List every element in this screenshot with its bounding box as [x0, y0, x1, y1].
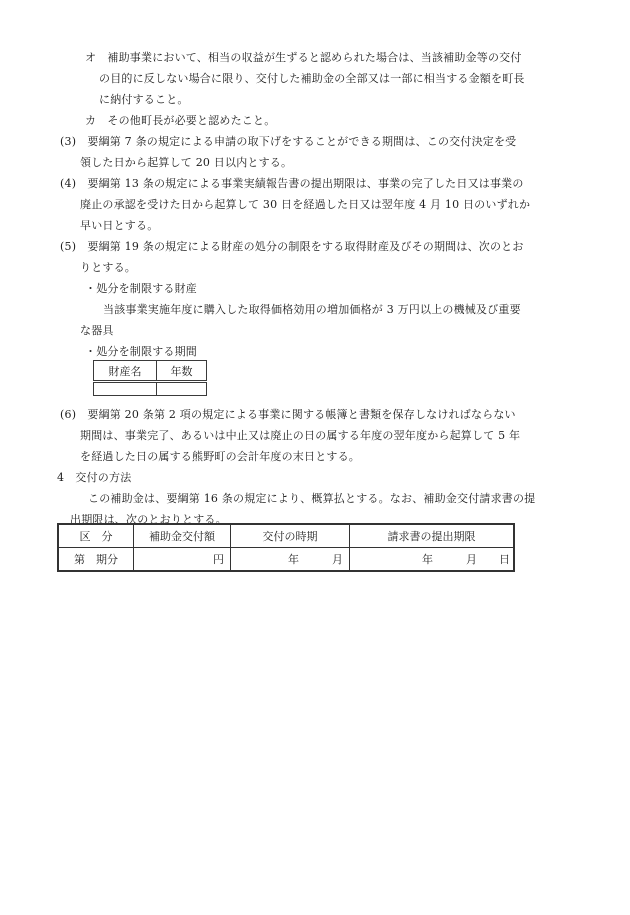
- text-line-clause3-1: (3) 要綱第 7 条の規定による申請の取下げをすることができる期間は、この交付…: [60, 134, 516, 149]
- text-line-clause4-1: (4) 要綱第 13 条の規定による事業実績報告書の提出期限は、事業の完了した日…: [60, 176, 524, 191]
- payment-table-header-timing: 交付の時期: [231, 524, 350, 548]
- property-table-cell-name: [94, 382, 157, 396]
- text-line-property-desc-2: な器具: [80, 323, 114, 338]
- property-table-header-row: 財産名 年数: [94, 361, 207, 382]
- text-line-clause6-2: 期間は、事業完了、あるいは中止又は廃止の日の属する年度の翌年度から起算して 5 …: [80, 428, 520, 443]
- text-line-clause4-3: 早い日とする。: [80, 218, 158, 233]
- text-line-item-o-3: に納付すること。: [99, 92, 189, 107]
- heading-section4: 4 交付の方法: [57, 470, 131, 485]
- property-table-header-years: 年数: [157, 361, 207, 382]
- text-line-clause6-1: (6) 要綱第 20 条第 2 項の規定による事業に関する帳簿と書類を保存しなけ…: [60, 407, 516, 422]
- text-line-item-o-1: オ 補助事業において、相当の収益が生ずると認められた場合は、当該補助金等の交付: [85, 50, 522, 65]
- property-restriction-table: 財産名 年数: [93, 360, 207, 396]
- text-line-item-ka: カ その他町長が必要と認めたこと。: [85, 113, 275, 128]
- payment-table-cell-amount: 円: [134, 548, 231, 572]
- text-line-clause5-1: (5) 要綱第 19 条の規定による財産の処分の制限をする取得財産及びその期間は…: [60, 239, 524, 254]
- text-line-payment-1: この補助金は、要綱第 16 条の規定により、概算払とする。なお、補助金交付請求書…: [88, 491, 535, 506]
- document-page: オ 補助事業において、相当の収益が生ずると認められた場合は、当該補助金等の交付 …: [0, 0, 630, 915]
- text-line-clause4-2: 廃止の承認を受けた日から起算して 30 日を経過した日又は翌年度 4 月 10 …: [80, 197, 530, 212]
- text-line-clause6-3: を経過した日の属する熊野町の会計年度の末日とする。: [80, 449, 360, 464]
- text-line-clause3-2: 領した日から起算して 20 日以内とする。: [80, 155, 292, 170]
- text-line-property-desc-1: 当該事業実施年度に購入した取得価格効用の増加価格が 3 万円以上の機械及び重要: [103, 302, 521, 317]
- property-table-header-name: 財産名: [94, 361, 157, 382]
- payment-table-header-row: 区 分 補助金交付額 交付の時期 請求書の提出期限: [58, 524, 514, 548]
- text-line-item-o-2: の目的に反しない場合に限り、交付した補助金の全部又は一部に相当する金額を町長: [99, 71, 525, 86]
- property-table-cell-years: [157, 382, 207, 396]
- payment-table-header-kubun: 区 分: [58, 524, 134, 548]
- payment-schedule-table: 区 分 補助金交付額 交付の時期 請求書の提出期限 第 期分 円 年 月 年 月…: [57, 523, 515, 572]
- text-line-clause5-2: りとする。: [80, 260, 136, 275]
- payment-table-cell-kubun: 第 期分: [58, 548, 134, 572]
- payment-table-data-row: 第 期分 円 年 月 年 月 日: [58, 548, 514, 572]
- payment-table-header-deadline: 請求書の提出期限: [350, 524, 515, 548]
- payment-table-header-amount: 補助金交付額: [134, 524, 231, 548]
- text-line-bullet-period: ・処分を制限する期間: [85, 344, 197, 359]
- text-line-bullet-property: ・処分を制限する財産: [85, 281, 197, 296]
- payment-table-cell-deadline: 年 月 日: [350, 548, 515, 572]
- property-table-empty-row: [94, 382, 207, 396]
- payment-table-cell-timing: 年 月: [231, 548, 350, 572]
